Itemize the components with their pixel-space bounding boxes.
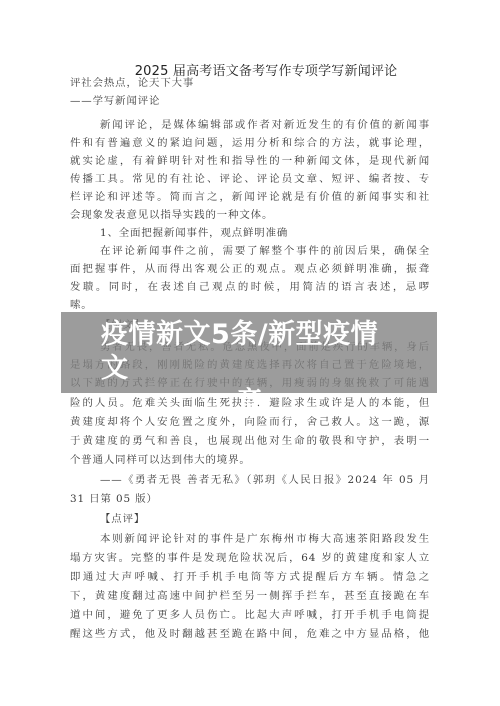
paragraph-line: 于黄建度的勇气和善良，也展现出他对生命的敬畏和守护，表明一 [70,432,430,450]
paragraph-line: 在评论新闻事件之前，需要了解整个事件的前因后果，确保全 [100,242,430,260]
paragraph-line: 传播工具。常见的有社论、评论、评论员文章、短评、编者按、专 [70,170,430,188]
paragraph-line: 件和有普遍意义的紧迫问题，运用分析和综合的方法，就事论理， [70,134,430,152]
overlay-banner-line-2: 章 [101,386,401,420]
overlay-banner-title: 疫情新文5条/新型疫情文 章 [101,318,401,420]
comment-label: 【点评】 [100,510,430,528]
paragraph-line: 本则新闻评论针对的事件是广东梅州市梅大高速茶阳路段发生 [100,530,430,548]
citation-line: 31 日第 05 版） [70,490,430,508]
paragraph-line: 下，黄建度翻过高速中间护栏至另一侧挥手拦车，甚至直接跪在车 [70,587,430,605]
document-subtitle: 评社会热点，论天下大事 [70,74,430,92]
paragraph-line: 面把握事件，从而得出客观公正的观点。观点必须鲜明准确，振聋 [70,260,430,278]
paragraph-line: 道中间，避免了更多人员伤亡。比起大声呼喊，打开手机手电筒提 [70,606,430,624]
paragraph-line: 就实论虚，有着鲜明针对性和指导性的一种新闻文体，是现代新闻 [70,152,430,170]
paragraph-line: 醒这些方式，他及时翻越甚至跪在路中间，危难之中方显品格，他 [70,625,430,643]
paragraph-line: 新闻评论，是媒体编辑部或作者对新近发生的有价值的新闻事 [100,116,430,134]
paragraph-line: 个普通人同样可以达到伟大的境界。 [70,451,430,469]
paragraph-line: 即通过大声呼喊、打开手机手电筒等方式提醒后方车辆。情急之 [70,568,430,586]
paragraph-line: 栏评论和评述等。简而言之，新闻评论就是有价值的新闻事实和社 [70,188,430,206]
document-subtitle-2: ——学写新闻评论 [70,92,430,110]
paragraph-line: 发聩。同时，在表述自己观点的时候，用简洁的语言表述，忌啰 [70,278,430,296]
section-heading: 1、全面把握新闻事件，观点鲜明准确 [100,224,430,242]
overlay-banner-line-1: 疫情新文5条/新型疫情文 [101,318,401,386]
paragraph-line: 会现象发表意见以指导实践的一种文体。 [70,206,430,224]
citation-line: ——《勇者无畏 善者无私》（郭玥《人民日报》2024 年 05 月 [100,471,430,489]
paragraph-line: 塌方灾害。完整的事件是发现危险状况后，64 岁的黄建度和家人立 [70,549,430,567]
